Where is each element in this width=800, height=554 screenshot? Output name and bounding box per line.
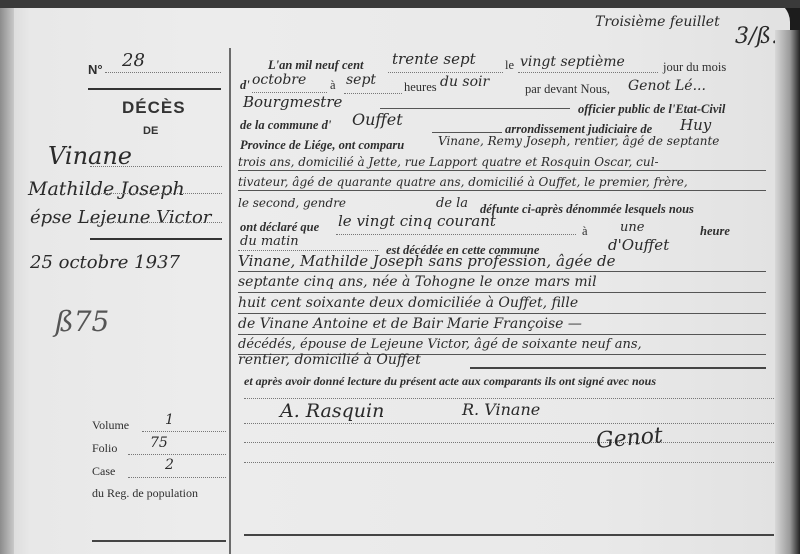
witness-text-1: trois ans, domicilié à Jette, rue Lappor… — [238, 155, 659, 169]
column-divider — [229, 48, 231, 554]
fill-line — [238, 334, 766, 335]
official-title: Bourgmestre — [243, 93, 342, 111]
volume-label: Volume — [92, 418, 129, 433]
folio-label: Folio — [92, 441, 117, 456]
population-register-label: du Reg. de population — [92, 486, 198, 501]
record-title-de: DE — [143, 125, 158, 137]
name-line — [90, 222, 222, 223]
fill-line — [388, 72, 503, 73]
book-top-edge — [0, 0, 800, 8]
text-d: d' — [240, 78, 250, 93]
day-value: vingt septième — [520, 54, 625, 70]
commune-value: Ouffet — [352, 110, 403, 129]
signature-line — [244, 442, 774, 443]
text-a: à — [330, 78, 336, 93]
fill-line — [238, 313, 766, 314]
signature-officer: Genot — [595, 423, 664, 454]
deceased-given-names: Mathilde Joseph — [28, 178, 185, 200]
death-time-of-day: du matin — [240, 234, 299, 249]
name-line — [90, 193, 222, 194]
text-heures: heures — [404, 80, 437, 95]
volume-line — [142, 431, 226, 432]
signature-witness-1: A. Rasquin — [280, 400, 384, 422]
death-hour: une — [620, 220, 644, 235]
header-rule — [88, 88, 221, 90]
deceased-birth: septante cinq ans, née à Tohogne le onze… — [238, 274, 597, 290]
deceased-residence: huit cent soixante deux domiciliée à Ouf… — [238, 295, 578, 311]
fill-line — [344, 93, 402, 94]
feuillet-initials: 3/ß. — [735, 24, 778, 49]
folio-line — [128, 454, 226, 455]
record-title: DÉCÈS — [122, 98, 186, 118]
feuillet-note: Troisième feuillet — [595, 14, 720, 30]
signature-witness-2: R. Vinane — [462, 400, 540, 419]
text-par-devant-nous: par devant Nous, — [525, 82, 610, 97]
text-ont-declare: ont déclaré que — [240, 220, 319, 235]
deceased-full-name: Vinane, Mathilde Joseph sans profession,… — [238, 252, 616, 270]
death-date-margin: 25 octobre 1937 — [30, 252, 180, 273]
text-de-la-commune: de la commune d' — [240, 118, 331, 133]
witness-1: Vinane, Remy Joseph, rentier, âgé de sep… — [438, 134, 719, 148]
fill-line — [470, 367, 766, 369]
fill-line — [238, 170, 766, 171]
signature-line — [244, 423, 774, 424]
death-day: le vingt cinq courant — [338, 212, 496, 230]
signature-line — [244, 398, 774, 399]
arrondissement-value: Huy — [680, 116, 711, 134]
text-le: le — [505, 58, 514, 73]
month-value: octobre — [252, 72, 306, 88]
signature-line — [244, 462, 774, 463]
text-defunte: défunte ci-après dénommée lesquels nous — [480, 202, 694, 217]
text-a2: à — [582, 224, 588, 239]
record-number-line — [105, 72, 221, 73]
fill-line — [238, 292, 766, 293]
time-of-day: du soir — [440, 74, 489, 90]
case-line — [128, 477, 226, 478]
case-value: 2 — [165, 457, 174, 473]
book-right-edge — [775, 30, 800, 554]
closing-text: et après avoir donné lecture du présent … — [244, 374, 656, 389]
fill-line — [238, 190, 766, 191]
register-page: Troisième feuillet 3/ß. N° 28 DÉCÈS DE V… — [0, 0, 790, 554]
witness-roles: le second, gendre — [238, 196, 346, 210]
fill-line — [238, 271, 766, 272]
year-value: trente sept — [392, 50, 476, 68]
text-de-la: de la — [436, 196, 468, 211]
record-number-label: N° — [88, 62, 103, 77]
book-spine — [0, 0, 14, 554]
deceased-parents: de Vinane Antoine et de Bair Marie Franç… — [238, 316, 582, 332]
death-commune: d'Ouffet — [608, 236, 669, 254]
folio-value: 75 — [150, 435, 168, 451]
register-rule — [92, 540, 226, 542]
witness-text-2: tivateur, âgé de quarante quatre ans, do… — [238, 175, 688, 189]
case-label: Case — [92, 464, 115, 479]
text-year-prefix: L'an mil neuf cent — [268, 58, 364, 73]
deceased-spouse: épse Lejeune Victor — [30, 207, 211, 228]
deceased-spouse-detail: décédés, épouse de Lejeune Victor, âgé d… — [238, 337, 642, 352]
fill-line — [432, 132, 502, 133]
volume-value: 1 — [165, 412, 174, 428]
name-line — [90, 166, 222, 167]
spouse-residence: rentier, domicilié à Ouffet — [238, 352, 421, 368]
record-number: 28 — [122, 50, 145, 71]
name-rule — [90, 238, 222, 240]
hour-value: sept — [346, 72, 376, 88]
margin-annotation: ß75 — [55, 305, 109, 338]
text-ont-comparu: Province de Liége, ont comparu — [240, 138, 404, 153]
text-officier-public: officier public de l'Etat-Civil — [578, 102, 725, 117]
text-jour-du-mois: jour du mois — [663, 60, 726, 75]
fill-line — [380, 108, 570, 109]
fill-line — [336, 234, 576, 235]
fill-line — [518, 72, 658, 73]
text-heure: heure — [700, 224, 730, 239]
bottom-rule — [244, 534, 774, 536]
official-name: Genot Lé... — [628, 78, 706, 94]
fill-line — [238, 250, 378, 251]
